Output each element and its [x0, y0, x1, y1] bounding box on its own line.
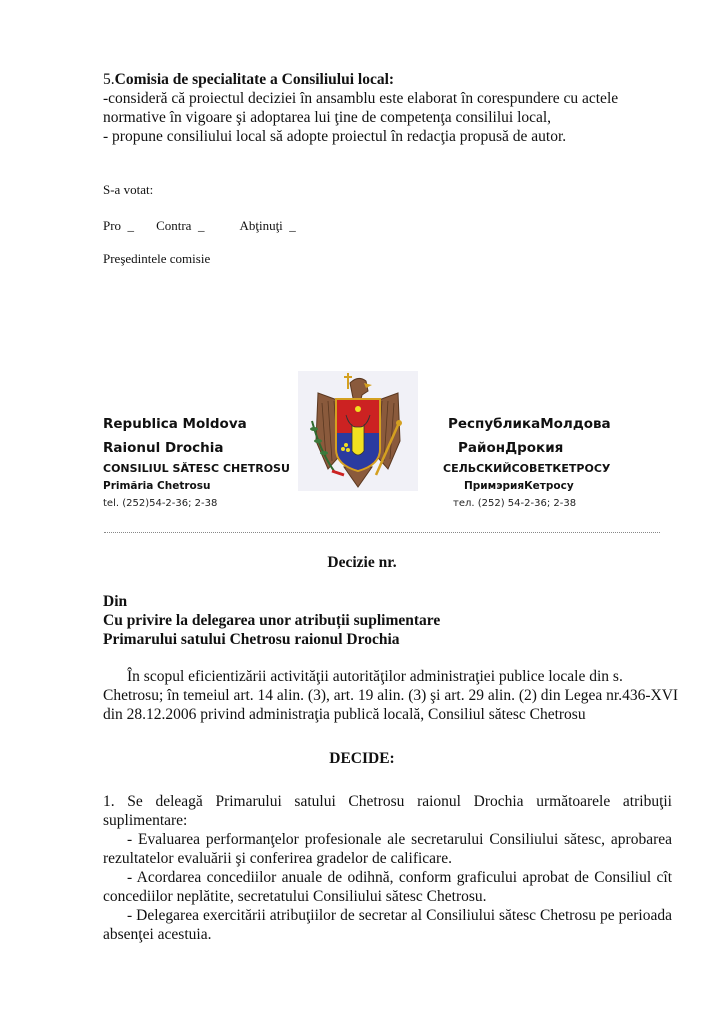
decision-item-1: 1. Se deleagă Primarului satului Chetros… [103, 792, 672, 830]
decision-subitem: - Evaluarea performanţelor profesionale … [103, 830, 672, 868]
header-district-ru: РайонДрокия [458, 440, 563, 456]
commission-title: Comisia de specialitate a Consiliului lo… [115, 71, 394, 88]
vote-label: S-a votat: [103, 180, 153, 199]
commission-chair: Preşedintele comisie [103, 249, 210, 268]
header-mayoralty-ru: ПримэрияКетросу [464, 480, 574, 492]
commission-line-1: -consideră că proiectul deciziei în ansa… [103, 89, 683, 127]
vote-row: Pro _Contra _Abţinuţi _ [103, 216, 296, 235]
header-phone-ru: тел. (252) 54-2-36; 2-38 [453, 498, 576, 509]
decide-heading: DECIDE: [0, 749, 724, 768]
decision-subitem: - Acordarea concediilor anuale de odihnă… [103, 868, 672, 906]
header-country-ru: РеспубликаМолдова [448, 416, 611, 432]
vote-pro: Pro _ [103, 218, 134, 233]
commission-heading: 5.Comisia de specialitate a Consiliului … [103, 70, 683, 89]
header-district-ro: Raionul Drochia [103, 440, 223, 456]
decision-subject-line-1: Cu privire la delegarea unor atribuții s… [103, 611, 440, 630]
header-mayoralty-ro: Primăria Chetrosu [103, 480, 210, 492]
decision-title: Decizie nr. [0, 553, 724, 572]
vote-contra: Contra _ [156, 218, 204, 233]
preamble: În scopul eficientizării activităţii aut… [103, 667, 683, 724]
separator-line [104, 532, 660, 533]
header-phone-ro: tel. (252)54-2-36; 2-38 [103, 498, 217, 509]
decision-subject: Din Cu privire la delegarea unor atribuț… [103, 592, 440, 649]
vote-abstain: Abţinuţi _ [239, 218, 295, 233]
header-country-ro: Republica Moldova [103, 416, 247, 432]
header-council-ro: CONSILIUL SĂTESC CHETROSU [103, 462, 290, 475]
decision-subitem: - Delegarea exercitării atribuţiilor de … [103, 906, 672, 944]
decision-items: 1. Se deleagă Primarului satului Chetros… [103, 792, 672, 944]
commission-section: 5.Comisia de specialitate a Consiliului … [103, 70, 683, 146]
coat-of-arms-icon [298, 371, 418, 491]
header-council-ru: СЕЛЬСКИЙСОВЕТКЕТРОСУ [443, 462, 610, 475]
section-number: 5. [103, 71, 115, 88]
commission-line-2: - propune consiliului local să adopte pr… [103, 127, 683, 146]
decision-date-label: Din [103, 592, 440, 611]
decision-subject-line-2: Primarului satului Chetrosu raionul Droc… [103, 630, 440, 649]
